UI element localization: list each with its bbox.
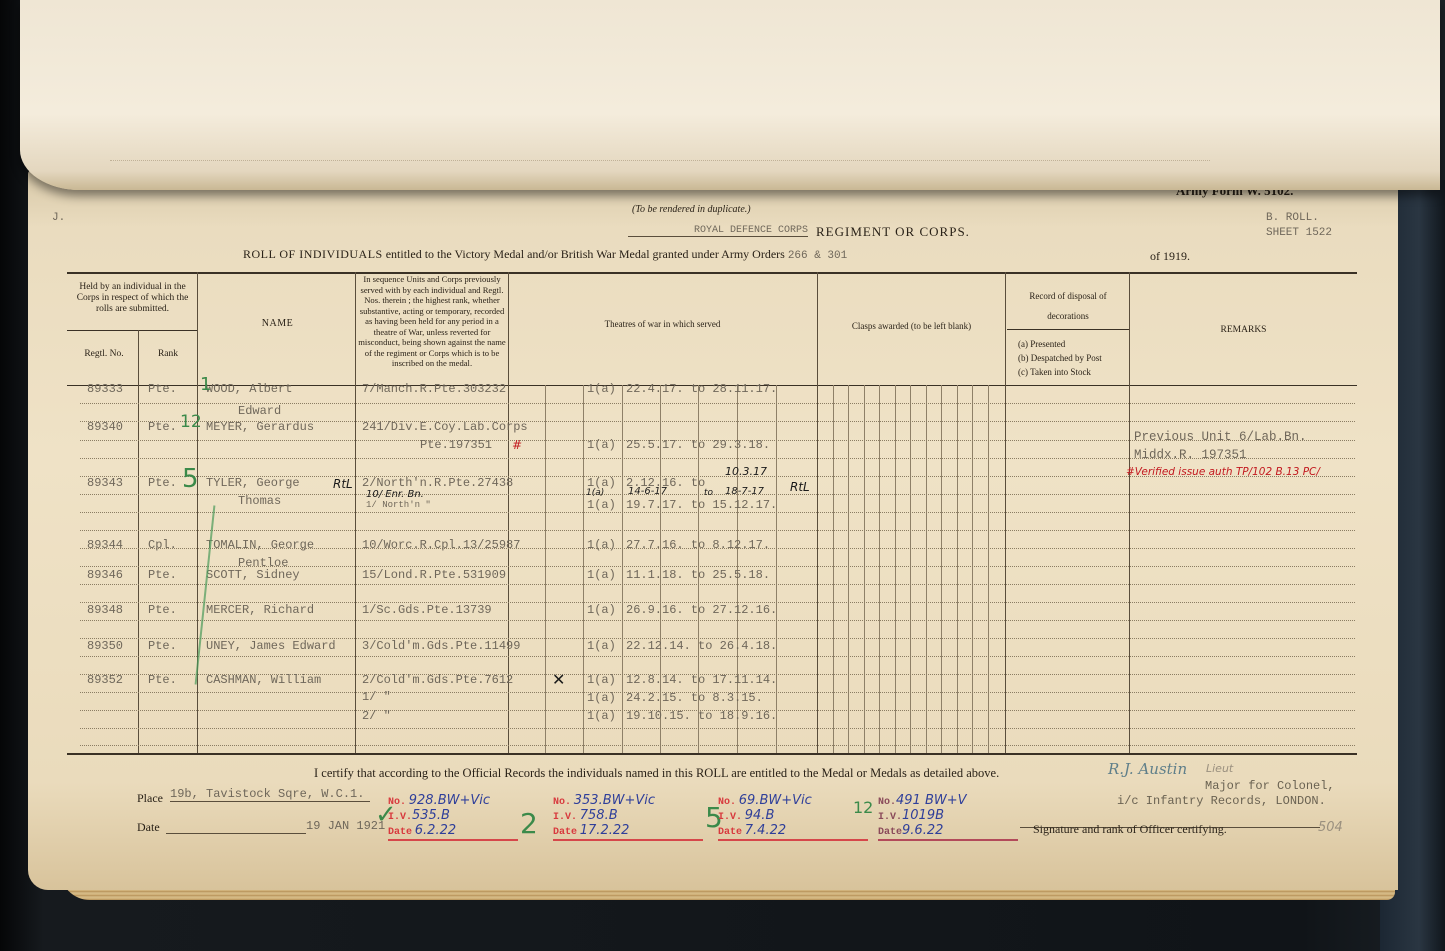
table-bottom-rule <box>67 753 1357 755</box>
initials-annotation: RtL <box>790 480 810 494</box>
officer-signature: R.J. Austin <box>1108 760 1187 778</box>
roll-year: of 1919. <box>1150 249 1190 264</box>
date-label: Date <box>137 820 160 835</box>
duplicate-note: (To be rendered in duplicate.) <box>632 204 751 215</box>
row-rule <box>80 745 1355 746</box>
place-value: 19b, Tavistock Sqre, W.C.1. <box>170 787 370 802</box>
rank: Pte. <box>148 476 177 490</box>
name: MEYER, Gerardus <box>206 420 314 434</box>
rank: Pte. <box>148 420 177 434</box>
row-rule <box>80 728 1355 729</box>
remarks-verified-red: #Verified issue auth TP/102 B.13 PC/ <box>1126 466 1320 478</box>
sheet-number: SHEET 1522 <box>1266 227 1332 239</box>
issue-stamp: No.491 BW+V I.V.1019B Date9.6.22 <box>878 794 1018 841</box>
name: SCOTT, Sidney <box>206 568 300 582</box>
row-rule <box>80 530 1355 531</box>
certification-text: I certify that according to the Official… <box>314 766 999 781</box>
unit: 15/Lond.R.Pte.531909 <box>362 568 506 582</box>
regtl-no: 89352 <box>87 673 123 687</box>
name-continued: Thomas <box>238 494 281 508</box>
theatre: 1(a) <box>587 709 616 723</box>
unit-handwritten: 10/ Enr. Bn. <box>366 489 424 500</box>
date-range: 12.8.14. to 17.11.14. <box>626 673 777 687</box>
theatre: 1(a) <box>587 639 616 653</box>
theatre: 1(a) <box>587 438 616 452</box>
name: TOMALIN, George <box>206 538 314 552</box>
place-label: Place <box>137 791 163 806</box>
margin-letter: J. <box>52 212 65 224</box>
roll-title-text: entitled to the Victory Medal and/or Bri… <box>386 247 785 261</box>
regtl-no: 89344 <box>87 538 123 552</box>
army-orders-numbers: 266 & 301 <box>788 250 847 262</box>
date-range: 22.12.14. to 26.4.18. <box>626 639 777 653</box>
header-disposal-options: (a) Presented (b) Despatched by Post (c)… <box>1018 337 1128 379</box>
date-range: 19.10.15. to 18.9.16. <box>626 709 777 723</box>
name: TYLER, George <box>206 476 300 490</box>
officer-rank-handwritten: Lieut <box>1206 762 1233 775</box>
roll-type: B. ROLL. <box>1266 212 1319 224</box>
rank: Pte. <box>148 568 177 582</box>
theatre: 1(a) <box>587 382 616 396</box>
rank: Pte. <box>148 673 177 687</box>
rank: Pte. <box>148 639 177 653</box>
header-clasps: Clasps awarded (to be left blank) <box>819 321 1004 332</box>
row-rule <box>80 512 1355 513</box>
row-rule <box>80 620 1355 621</box>
green-batch-number: 2 <box>520 807 538 840</box>
header-name: NAME <box>200 318 355 329</box>
cross-mark: ✕ <box>552 670 565 689</box>
header-remarks: REMARKS <box>1131 325 1356 336</box>
corrected-date: 10.3.17 <box>725 465 767 478</box>
red-hash-annotation: # <box>512 438 522 452</box>
batch-mark: 12 <box>180 412 202 432</box>
previous-page-curled <box>20 0 1440 190</box>
regtl-no: 89343 <box>87 476 123 490</box>
regiment-label: REGIMENT OR CORPS. <box>816 224 970 240</box>
unit-continued: 2/ " <box>362 709 391 723</box>
date-range: 26.9.16. to 27.12.16. <box>626 603 777 617</box>
date-range: 19.7.17. to 15.12.17. <box>626 498 777 512</box>
date-from-handwritten: 14-6-17 <box>628 486 667 497</box>
folio-page-number: 504 <box>1318 820 1343 835</box>
unit: 2/North'n.R.Pte.27438 <box>362 476 513 490</box>
unit-continued: Pte.197351 <box>420 438 492 452</box>
header-theatres: Theatres of war in which served <box>510 319 815 330</box>
date-to-handwritten: 18-7-17 <box>725 486 764 497</box>
name: CASHMAN, William <box>206 673 321 687</box>
name: UNEY, James Edward <box>206 639 336 653</box>
issue-stamp: No. 928.BW+Vic I.V.535.B Date 6.2.22 <box>388 794 518 841</box>
unit-continued: 1/ " <box>362 690 391 704</box>
regtl-no: 89348 <box>87 603 123 617</box>
date-range: 24.2.15. to 8.3.15. <box>626 691 763 705</box>
issue-stamp: No. 69.BW+Vic I.V. 94.B Date 7.4.22 <box>718 794 868 841</box>
header-regtl-no: Regtl. No. <box>70 349 138 360</box>
disposal-divider <box>1007 329 1129 330</box>
regtl-no: 89350 <box>87 639 123 653</box>
col-divider-regtl <box>138 330 139 753</box>
roll-title: ROLL OF INDIVIDUALS entitled to the Vict… <box>243 247 847 262</box>
disposal-despatched: (b) Despatched by Post <box>1018 351 1128 365</box>
row-rule <box>80 584 1355 585</box>
name: MERCER, Richard <box>206 603 314 617</box>
issue-stamp: No. 353.BW+Vic I.V. 758.B Date 17.2.22 <box>553 794 703 841</box>
theatre: 1(a) <box>587 568 616 582</box>
issue-tick: 1 <box>200 374 211 395</box>
unit: 2/Cold'm.Gds.Pte.7612 <box>362 673 513 687</box>
header-held-by: Held by an individual in the Corps in re… <box>75 282 190 315</box>
unit: 7/Manch.R.Pte.303232 <box>362 382 506 396</box>
date-range: 11.1.18. to 25.5.18. <box>626 568 770 582</box>
batch-mark: 5 <box>182 464 199 494</box>
to-handwritten: to <box>704 488 713 498</box>
name: WOOD, Albert <box>206 382 292 396</box>
name-continued: Edward <box>238 404 281 418</box>
roll-title-prefix: ROLL OF INDIVIDUALS <box>243 247 383 261</box>
unit: 241/Div.E.Coy.Lab.Corps <box>362 420 528 434</box>
regtl-no: 89346 <box>87 568 123 582</box>
regtl-no: 89340 <box>87 420 123 434</box>
officer-title-line2: i/c Infantry Records, LONDON. <box>1117 794 1326 808</box>
remarks-previous-unit: Previous Unit 6/Lab.Bn. <box>1134 430 1307 444</box>
theatre: 1(a) <box>587 498 616 512</box>
date-range: 25.5.17. to 29.3.18. <box>626 438 770 452</box>
rank: Pte. <box>148 382 177 396</box>
header-disposal: Record of disposal of decorations <box>1008 286 1128 326</box>
initials-annotation: RtL <box>333 477 353 491</box>
remarks-previous-no: Middx.R. 197351 <box>1134 448 1247 462</box>
theatre-handwritten: 1(a) <box>586 488 604 498</box>
corps-name-typed: ROYAL DEFENCE CORPS <box>628 225 808 237</box>
rank: Pte. <box>148 603 177 617</box>
rank: Cpl. <box>148 538 177 552</box>
header-rank: Rank <box>140 349 196 360</box>
header-units: In sequence Units and Corps previously s… <box>358 274 506 369</box>
date-underline <box>166 833 306 834</box>
unit-continued: 1/ North'n " <box>366 500 431 510</box>
theatre: 1(a) <box>587 673 616 687</box>
bleed-through-line <box>110 160 1210 162</box>
signature-caption: Signature and rank of Officer certifying… <box>1033 822 1227 837</box>
theatre: 1(a) <box>587 691 616 705</box>
unit: 10/Worc.R.Cpl.13/25987 <box>362 538 520 552</box>
table-top-rule <box>67 272 1357 274</box>
theatre: 1(a) <box>587 603 616 617</box>
regtl-no: 89333 <box>87 382 123 396</box>
unit: 1/Sc.Gds.Pte.13739 <box>362 603 492 617</box>
held-by-divider <box>67 330 197 331</box>
date-from: 22.4.17. to 28.11.17. <box>626 382 777 396</box>
unit: 3/Cold'm.Gds.Pte.11499 <box>362 639 520 653</box>
disposal-presented: (a) Presented <box>1018 337 1128 351</box>
officer-title-line1: Major for Colonel, <box>1205 779 1335 793</box>
date-stamp: 19 JAN 1921 <box>306 819 385 833</box>
date-range: 27.7.16. to 8.12.17. <box>626 538 770 552</box>
row-rule <box>80 656 1355 657</box>
theatre: 1(a) <box>587 538 616 552</box>
disposal-stock: (c) Taken into Stock <box>1018 365 1128 379</box>
